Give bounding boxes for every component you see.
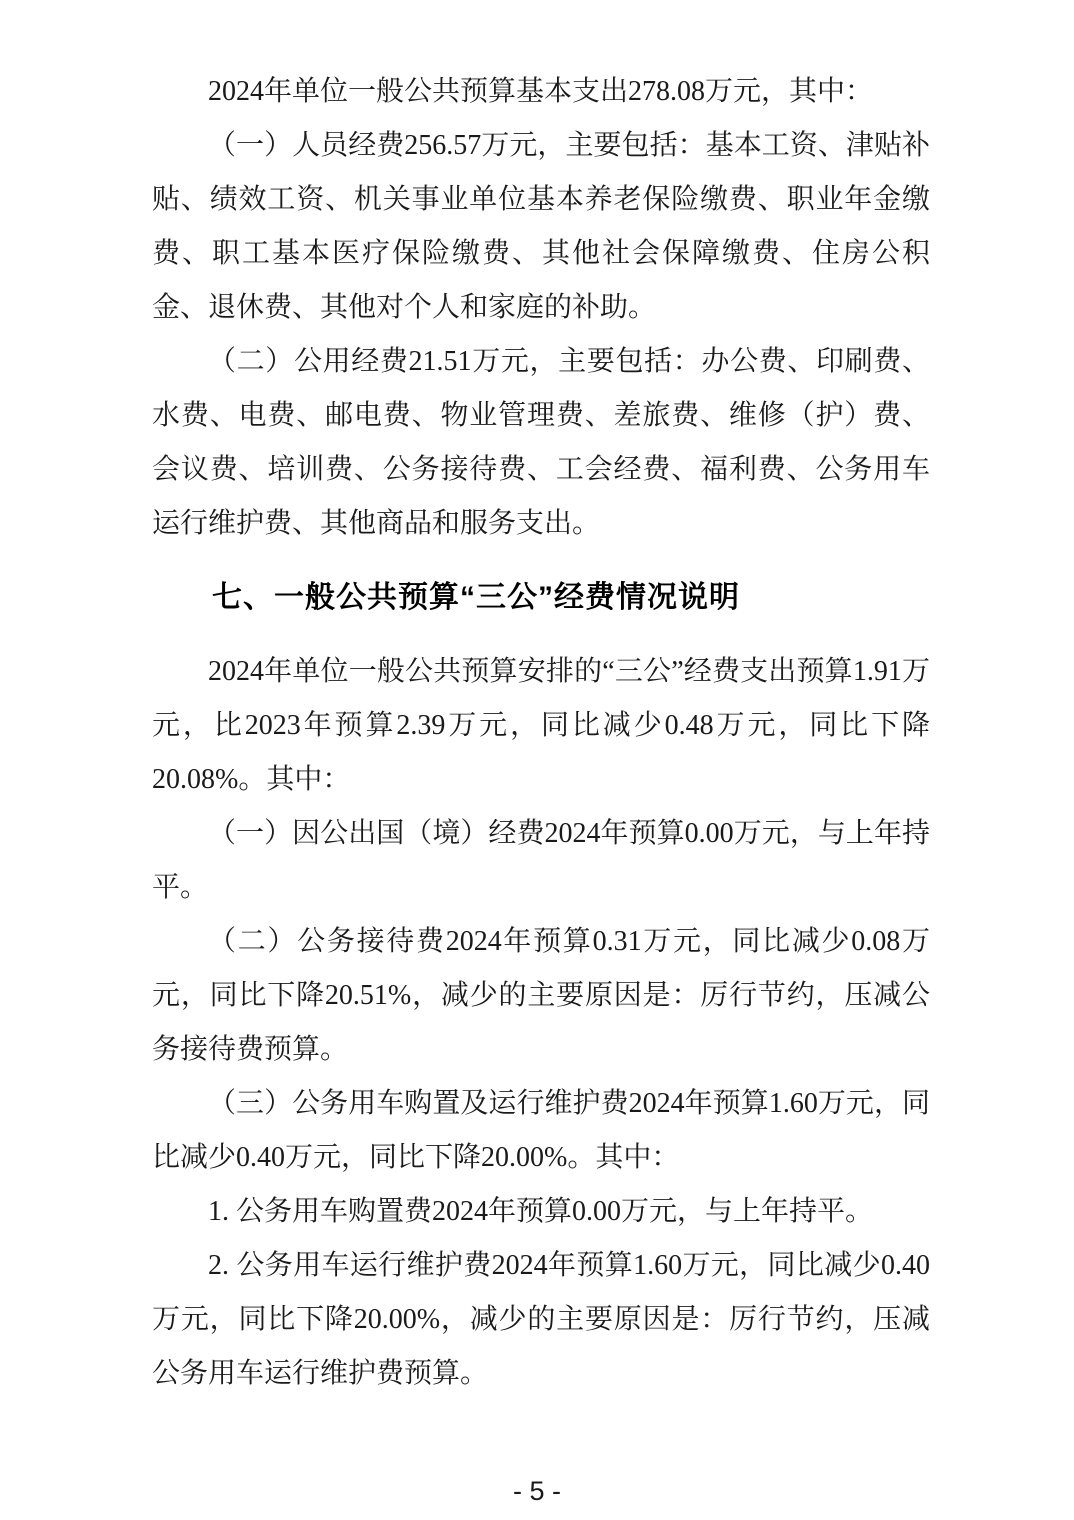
para-basic-expenditure: 2024年单位一般公共预算基本支出278.08万元，其中：	[152, 65, 930, 119]
section-heading-sangong: 七、一般公共预算“三公”经费情况说明	[152, 571, 930, 625]
item-vehicle-purchase: 1. 公务用车购置费2024年预算0.00万元，与上年持平。	[152, 1185, 930, 1239]
para-reception-expense: （二）公务接待费2024年预算0.31万元，同比减少0.08万元，同比下降20.…	[152, 915, 930, 1077]
para-personnel-expense: （一）人员经费256.57万元，主要包括：基本工资、津贴补贴、绩效工资、机关事业…	[152, 119, 930, 335]
document-page: 2024年单位一般公共预算基本支出278.08万元，其中： （一）人员经费256…	[0, 0, 1074, 1520]
item-vehicle-maintenance: 2. 公务用车运行维护费2024年预算1.60万元，同比减少0.40万元，同比下…	[152, 1239, 930, 1401]
para-public-expense: （二）公用经费21.51万元，主要包括：办公费、印刷费、水费、电费、邮电费、物业…	[152, 335, 930, 551]
para-vehicle-expense: （三）公务用车购置及运行维护费2024年预算1.60万元，同比减少0.40万元，…	[152, 1077, 930, 1185]
para-abroad-expense: （一）因公出国（境）经费2024年预算0.00万元，与上年持平。	[152, 807, 930, 915]
page-number: - 5 -	[0, 1476, 1074, 1506]
para-sangong-summary: 2024年单位一般公共预算安排的“三公”经费支出预算1.91万元，比2023年预…	[152, 645, 930, 807]
document-text-area: 2024年单位一般公共预算基本支出278.08万元，其中： （一）人员经费256…	[152, 65, 930, 1401]
